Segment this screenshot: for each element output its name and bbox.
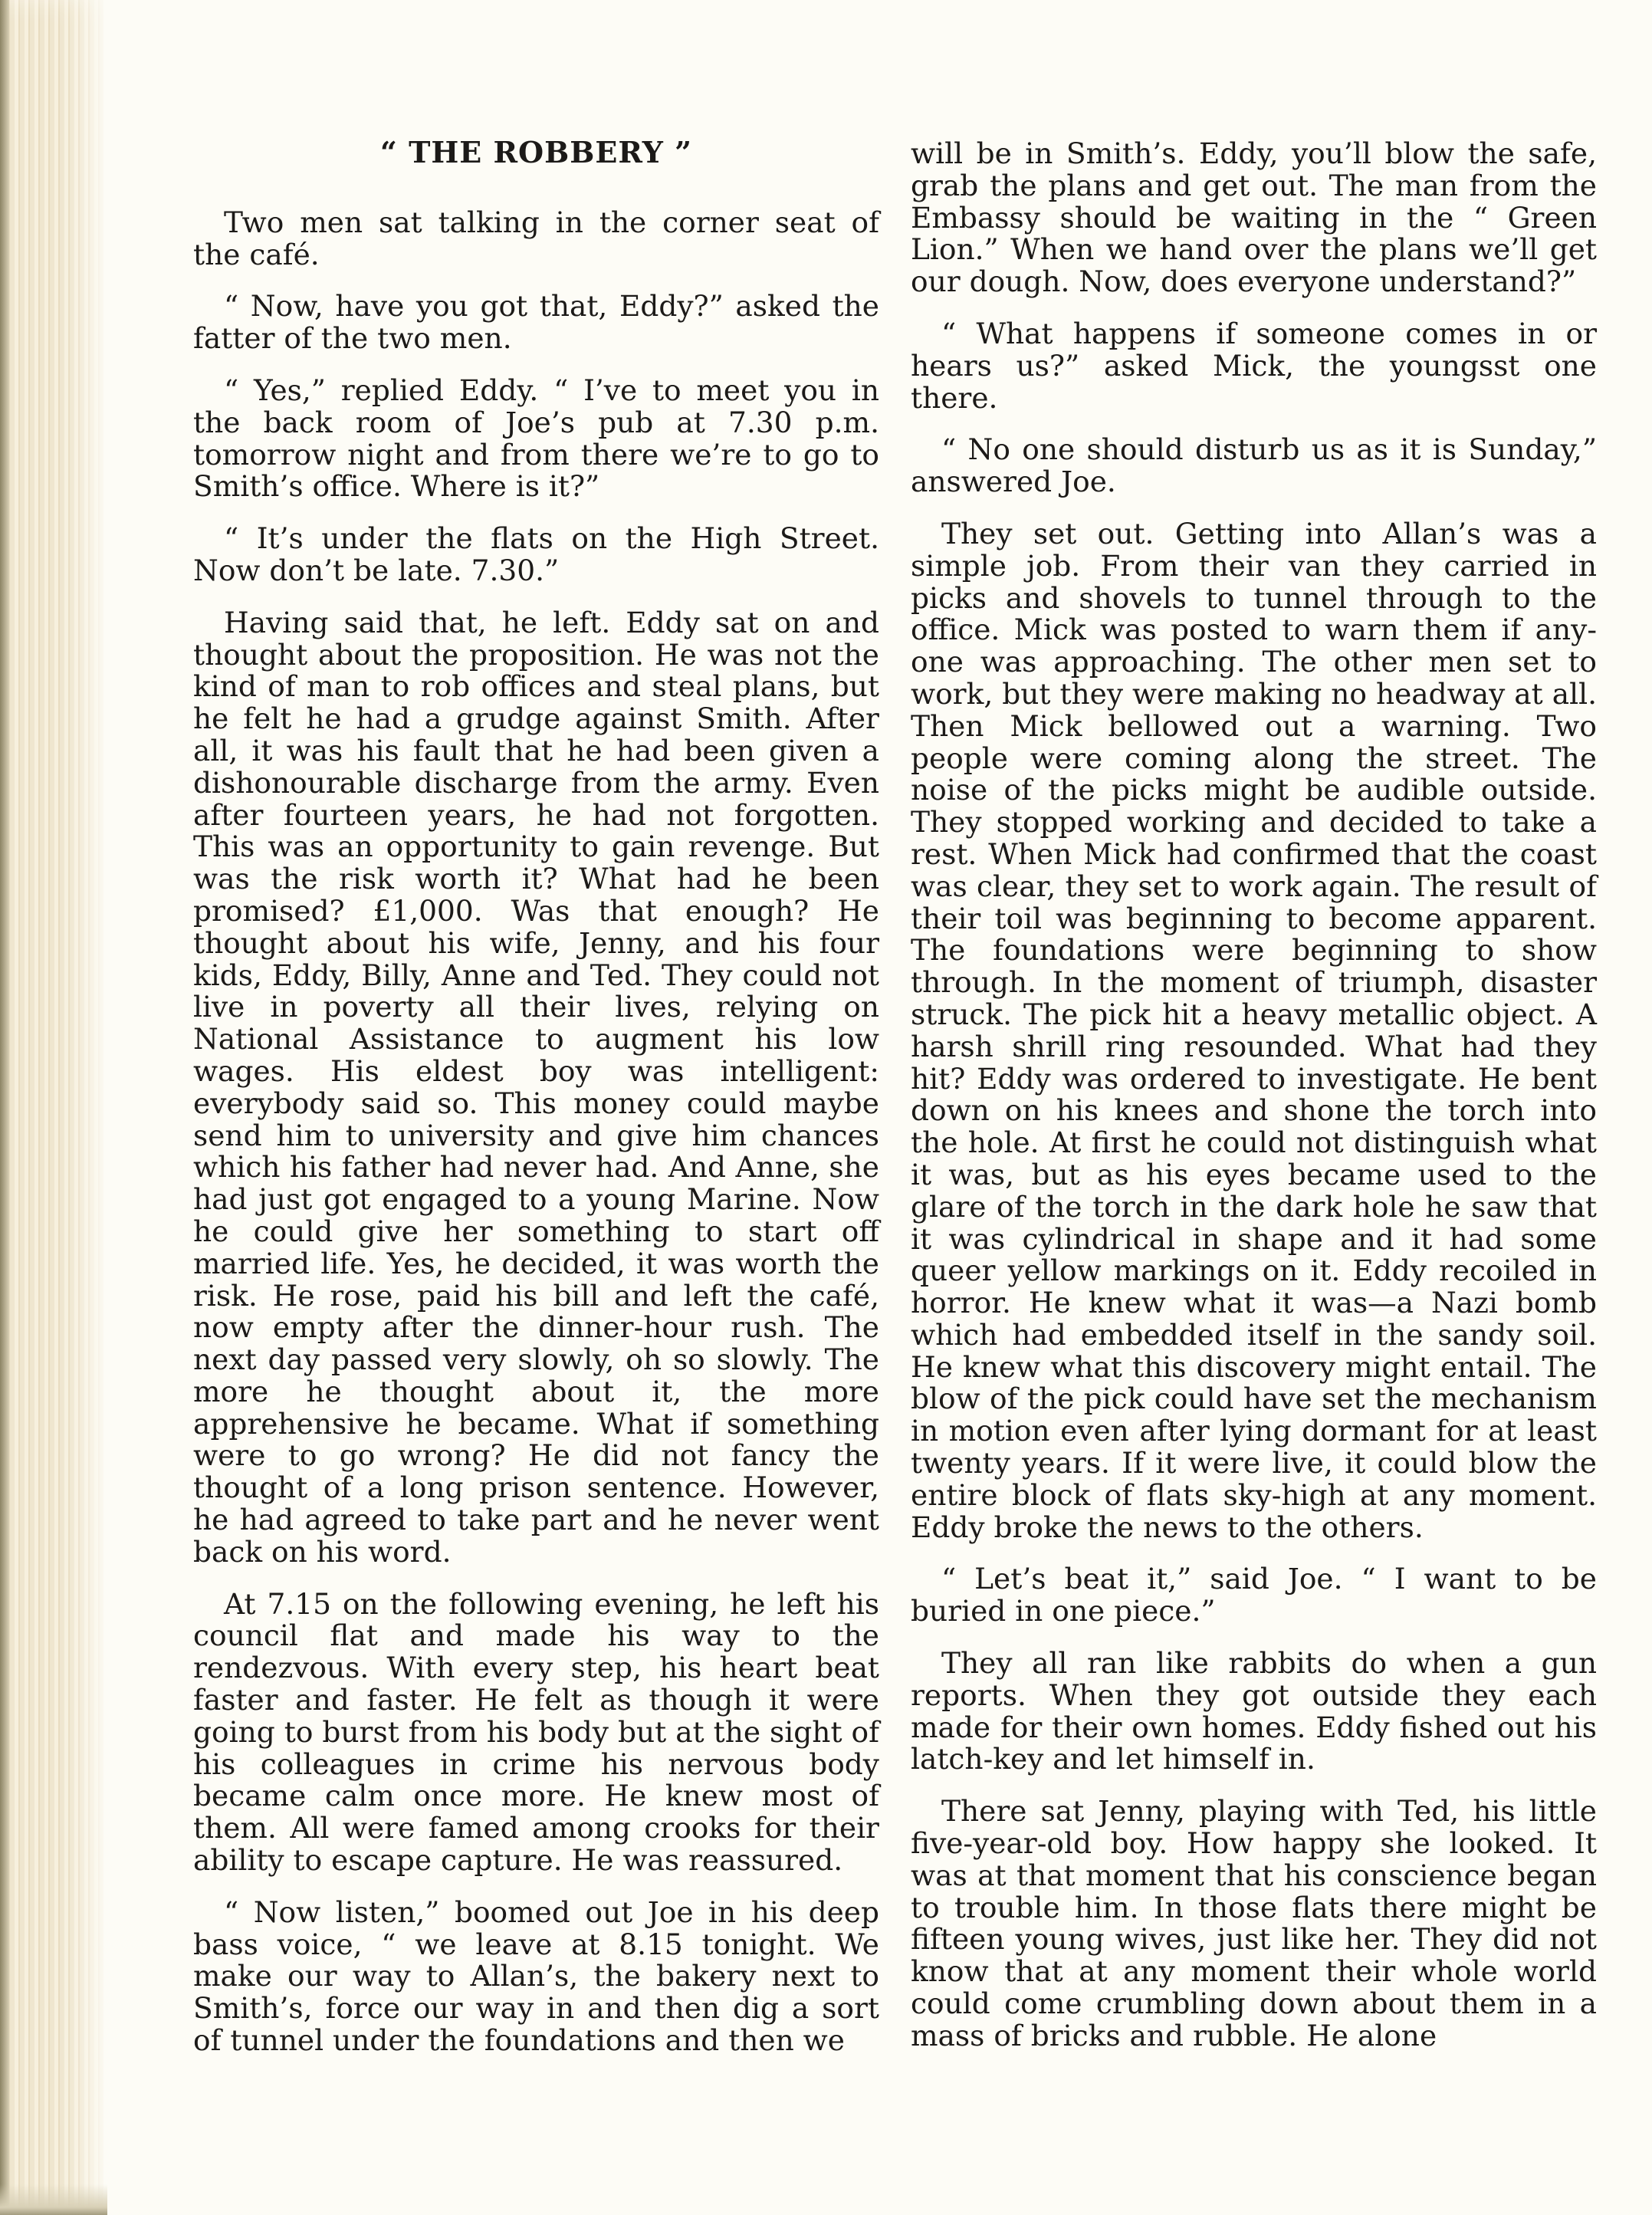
paragraph: Two men sat talking in the corner seat o…	[193, 207, 879, 271]
paragraph: “ Let’s beat it,” said Joe. “ I want to …	[911, 1563, 1597, 1628]
paragraph: “ What happens if someone comes in or he…	[911, 318, 1597, 414]
paragraph: There sat Jenny, playing with Ted, his l…	[911, 1796, 1597, 2052]
paragraph: “ It’s under the flats on the High Stree…	[193, 523, 879, 587]
left-column: “ THE ROBBERY ” Two men sat talking in t…	[193, 136, 879, 2077]
paragraph: They all ran like rabbits do when a gun …	[911, 1648, 1597, 1776]
paragraph: Having said that, he left. Eddy sat on a…	[193, 607, 879, 1569]
paragraph: “ Yes,” replied Eddy. “ I’ve to meet you…	[193, 375, 879, 503]
right-column: will be in Smith’s. Eddy, you’ll blow th…	[911, 138, 1597, 2072]
paragraph: “ Now listen,” boomed out Joe in his dee…	[193, 1897, 879, 2057]
paragraph: They set out. Getting into Allan’s was a…	[911, 518, 1597, 1544]
paragraph: At 7.15 on the following evening, he lef…	[193, 1589, 879, 1877]
book-page-edges	[0, 0, 103, 2215]
story-title: “ THE ROBBERY ”	[193, 136, 879, 169]
paragraph-continued: will be in Smith’s. Eddy, you’ll blow th…	[911, 138, 1597, 298]
paragraph: “ No one should disturb us as it is Sund…	[911, 434, 1597, 498]
paragraph: “ Now, have you got that, Eddy?” asked t…	[193, 291, 879, 355]
